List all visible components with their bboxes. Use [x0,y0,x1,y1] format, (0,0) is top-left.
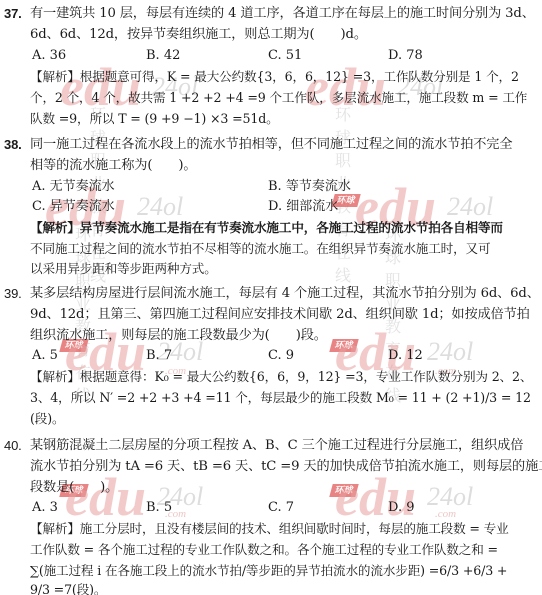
option-d: D. 9 [388,498,415,518]
question-text-line: 某钢筋混凝土二层房屋的分项工程按 A、B、C 三个施工过程进行分层施工，组织成倍 [30,436,523,456]
question-number: 40. [4,436,22,456]
question-text-line: 相等的流水施工称为( )。 [30,156,196,176]
option-c: C. 51 [268,46,302,66]
analysis-line: 不同施工过程之间的流水节拍不尽相等的流水施工。在组织异节奏流水施工时，又可 [30,239,490,259]
question-number: 38. [4,135,22,155]
analysis-line: 9/3 =7(段)。 [30,580,106,595]
option-a: A. 5 [32,346,58,366]
analysis-line: 【解析】根据题意得：K₀ = 最大公约数{6，6，9，12} =3，专业工作队数… [30,367,532,387]
option-c: C. 异节奏流水 [32,197,115,217]
question-text-line: 同一施工过程在各流水段上的流水节拍相等，但不同施工过程之间的流水节拍不完全 [30,135,512,155]
question-text-line: 有一建筑共 10 层，每层有连续的 4 道工序，各道工序在每层上的施工时间分别为… [30,4,535,24]
option-d: D. 78 [388,46,423,66]
question-text-line: 6d、6d、12d，按异节奏组织施工，则总工期为( )d。 [30,25,367,45]
option-c: C. 9 [268,346,294,366]
question-text-line: 组织流水施工，则每层的施工段数最少为( )段。 [30,326,327,346]
question-text-line: 流水节拍分别为 tA =6 天、tB =6 天、tC =9 天的加快成倍节拍流水… [30,457,542,477]
option-a: A. 36 [32,46,66,66]
option-b: B. 42 [146,46,180,66]
analysis-line: 以采用异步距和等步距两种方式。 [30,259,217,279]
question-number: 37. [4,4,22,24]
question-text-line: 9d、12d；且第三、第四施工过程间应安排技术间歇 2d、组织间歇 1d；如按成… [30,305,530,325]
analysis-line: 个，2 个，4 个，故共需 1 +2 +2 +4 =9 个工作队，多层流水施工，… [30,88,527,108]
analysis-line: 【解析】施工分层时，且没有楼层间的技术、组织间歇时间时，每层的施工段数 = 专业 [30,519,509,539]
analysis-line: 3、4，所以 N′ =2 +2 +3 +4 =11 个，每层最少的施工段数 M₀… [30,388,531,408]
option-d: D. 细部流水 [268,197,338,217]
analysis-line: 【解析】异节奏流水施工是指在有节奏流水施工中，各施工过程的流水节拍各自相等而 [30,218,503,238]
question-text-line: 某多层结构房屋进行层间流水施工，每层有 4 个施工过程，其流水节拍分别为 6d、… [30,284,540,304]
analysis-line: (段)。 [30,409,64,429]
analysis-line: 【解析】根据题意可得，K = 最大公约数{3，6，6，12} =3，工作队数分别… [30,67,519,87]
option-b: B. 等节奏流水 [268,177,351,197]
option-a: A. 无节奏流水 [32,177,115,197]
analysis-line: 工作队数 = 各个施工过程的专业工作队数之和。各个施工过程的专业工作队数之和 = [30,540,498,560]
option-c: C. 7 [268,498,294,518]
analysis-line: 队数 =9，所以 T = (9 +9 −1) ×3 =51d。 [30,109,279,129]
question-number: 39. [4,284,22,304]
option-d: D. 12 [388,346,423,366]
exam-page: edu 24ol 环球职业教育在线 edu 24ol 环球职业教育在线 edu … [0,0,542,595]
option-b: B. 7 [146,346,172,366]
question-text-line: 段数是( )。 [30,478,118,498]
analysis-line: ∑(施工过程 i 在各施工段上的流水节拍/等步距的异节拍流水的流水步距) =6/… [30,561,507,581]
option-b: B. 5 [146,498,172,518]
option-a: A. 3 [32,498,58,518]
